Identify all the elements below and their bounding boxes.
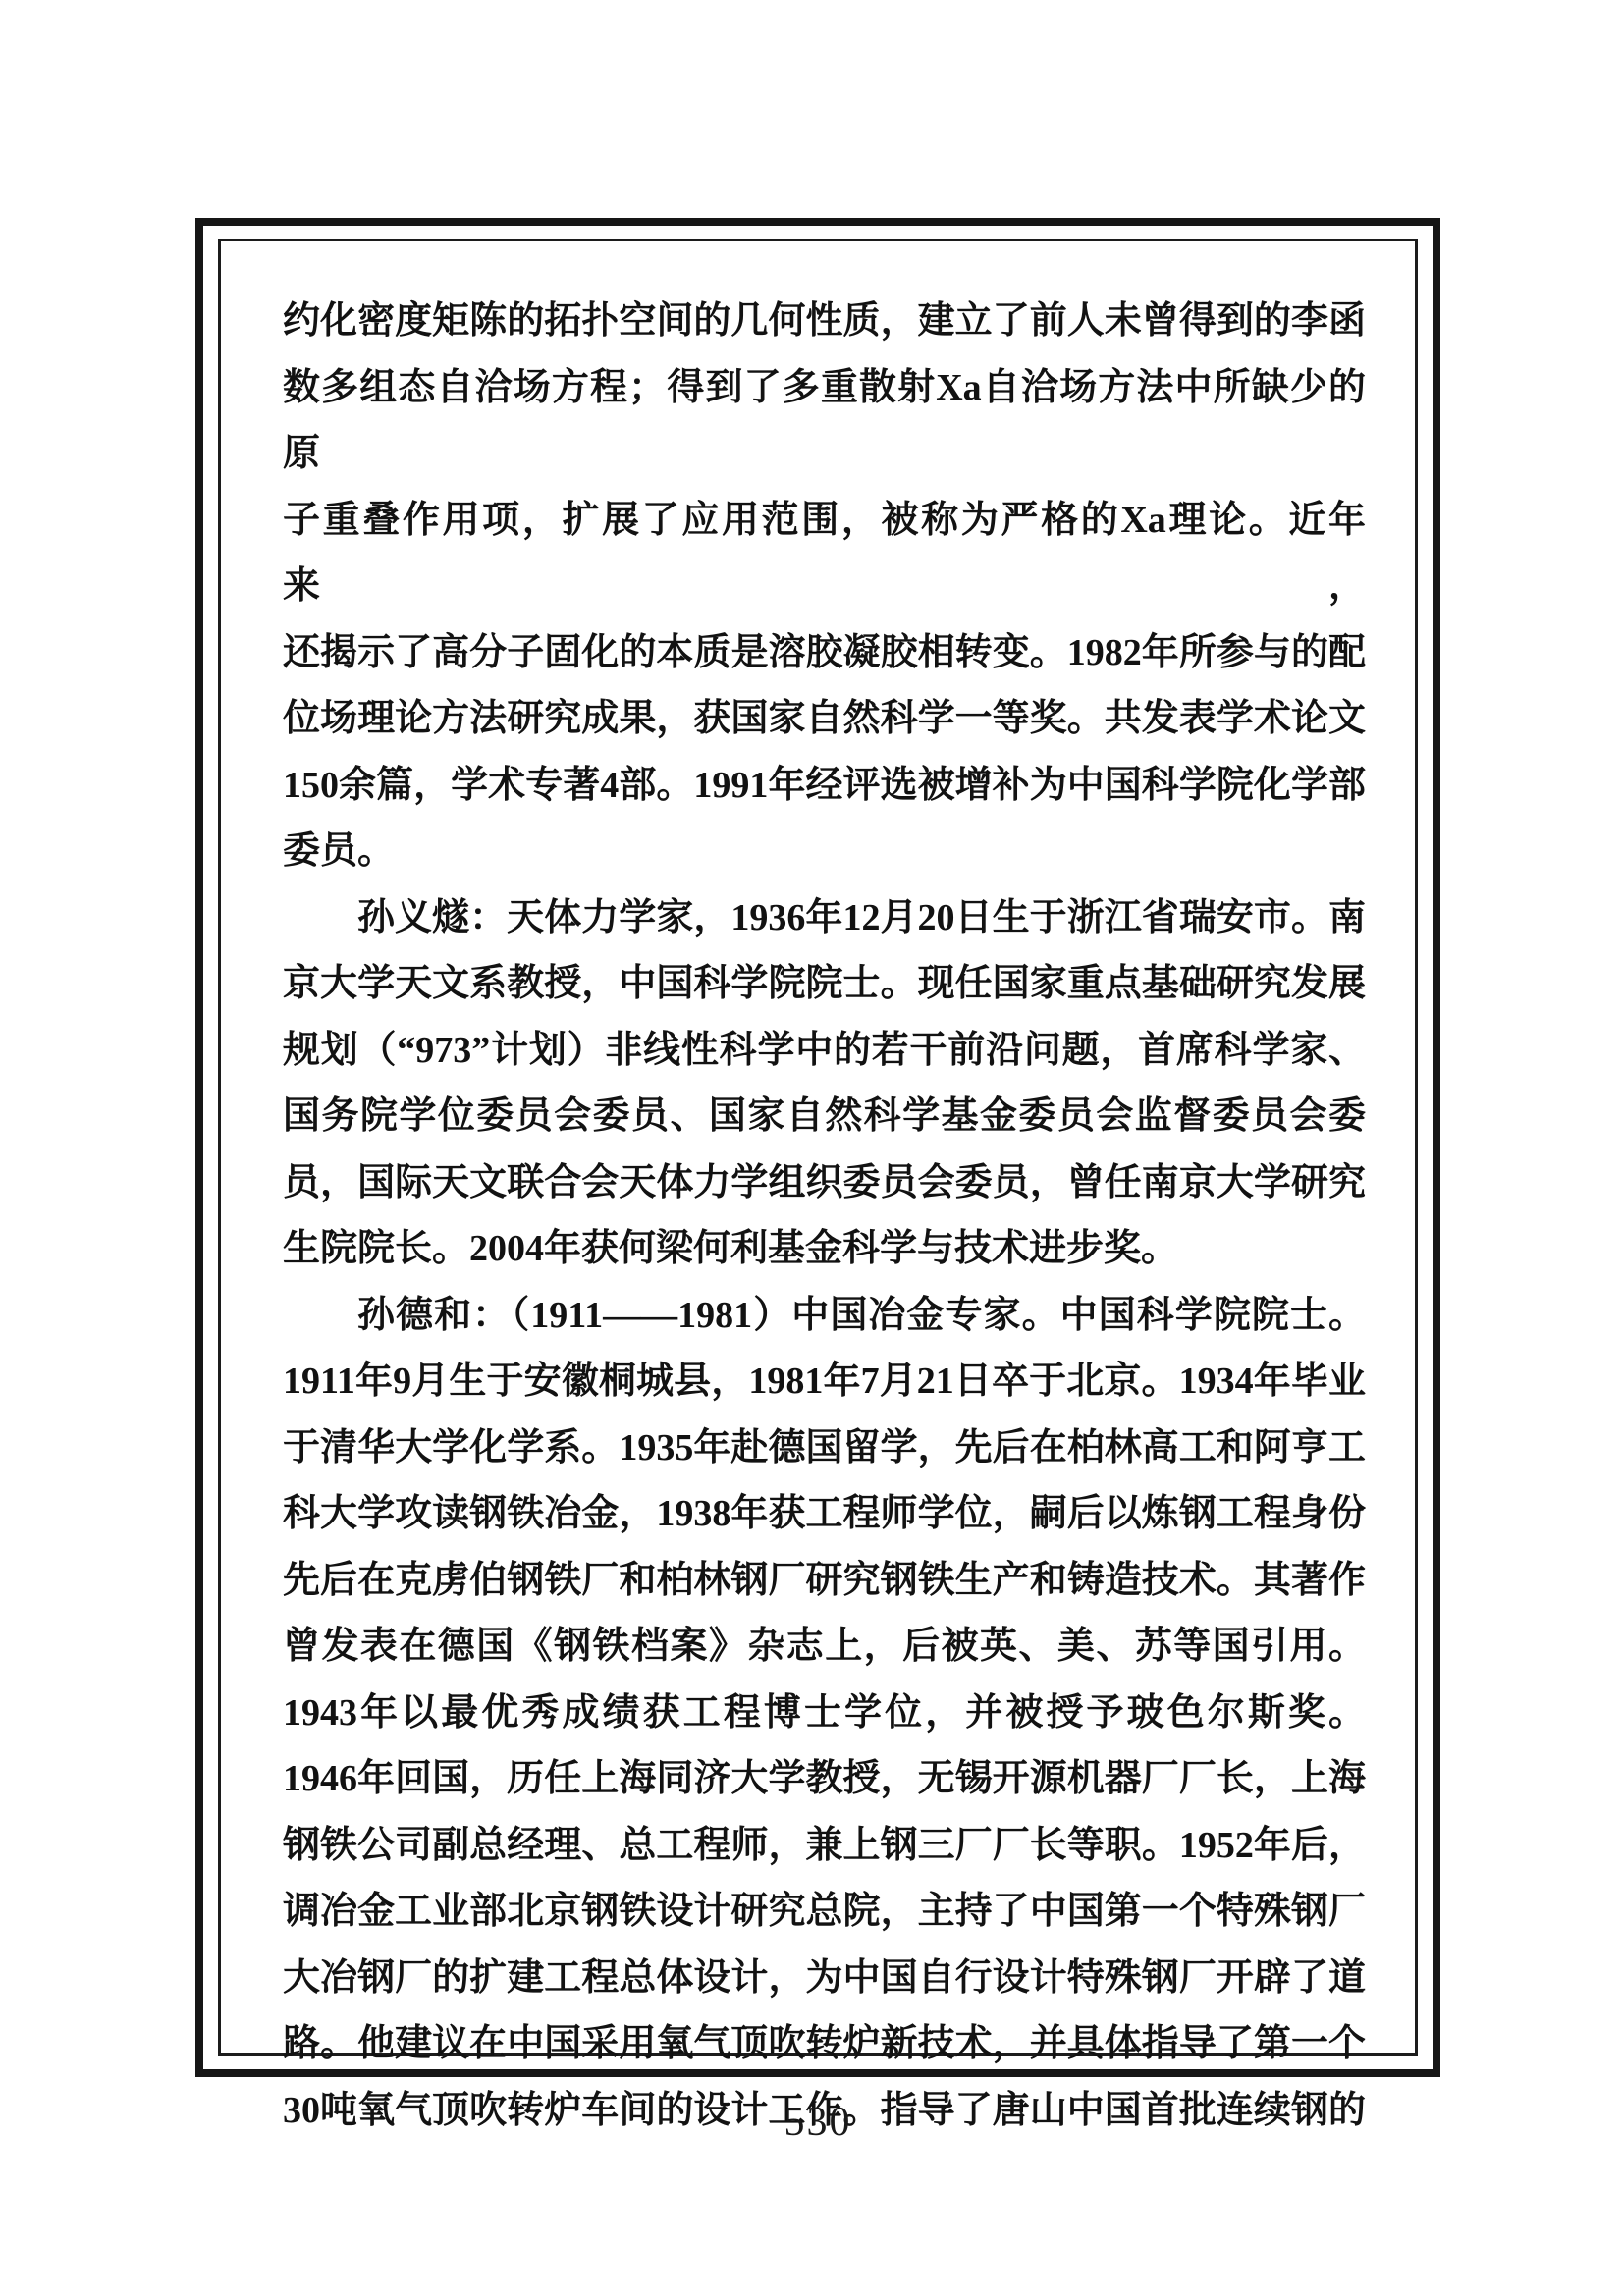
text-line: 钢铁公司副总经理、总工程师，兼上钢三厂厂长等职。1952年后， (283, 1813, 1366, 1880)
text-line: 1911年9月生于安徽桐城县，1981年7月21日卒于北京。1934年毕业 (283, 1349, 1366, 1415)
text-line: 约化密度矩陈的拓扑空间的几何性质，建立了前人未曾得到的李函 (283, 289, 1366, 355)
text-line: 京大学天文系教授，中国科学院院士。现任国家重点基础研究发展 (283, 951, 1366, 1018)
text-line: 国务院学位委员会委员、国家自然科学基金委员会监督委员会委 (283, 1084, 1366, 1150)
text-line: 子重叠作用项，扩展了应用范围，被称为严格的Xa理论。近年来， (283, 488, 1366, 620)
text-line: 委员。 (283, 819, 1366, 885)
text-line: 科大学攻读钢铁冶金，1938年获工程师学位，嗣后以炼钢工程身份 (283, 1481, 1366, 1548)
text-line: 于清华大学化学系。1935年赴德国留学，先后在柏林高工和阿亨工 (283, 1415, 1366, 1482)
text-line: 曾发表在德国《钢铁档案》杂志上，后被英、美、苏等国引用。 (283, 1614, 1366, 1681)
text-block: 约化密度矩陈的拓扑空间的几何性质，建立了前人未曾得到的李函数多组态自洽场方程；得… (283, 289, 1366, 2144)
text-line: 1943年以最优秀成绩获工程博士学位，并被授予玻色尔斯奖。 (283, 1681, 1366, 1747)
text-line: 路。他建议在中国采用氧气顶吹转炉新技术，并具体指导了第一个 (283, 2011, 1366, 2078)
text-line: 生院院长。2004年获何梁何利基金科学与技术进步奖。 (283, 1216, 1366, 1283)
text-line: 孙义燧：天体力学家，1936年12月20日生于浙江省瑞安市。南 (283, 885, 1366, 952)
text-line: 大冶钢厂的扩建工程总体设计，为中国自行设计特殊钢厂开辟了道 (283, 1946, 1366, 2012)
text-line: 员，国际天文联合会天体力学组织委员会委员，曾任南京大学研究 (283, 1150, 1366, 1217)
text-line: 150余篇，学术专著4部。1991年经评选被增补为中国科学院化学部 (283, 753, 1366, 820)
text-line: 先后在克虏伯钢铁厂和柏林钢厂研究钢铁生产和铸造技术。其著作 (283, 1548, 1366, 1615)
text-line: 规划（“973”计划）非线性科学中的若干前沿问题，首席科学家、 (283, 1018, 1366, 1085)
text-line: 孙德和：（1911——1981）中国冶金专家。中国科学院院士。 (283, 1283, 1366, 1350)
text-line: 1946年回国，历任上海同济大学教授，无锡开源机器厂厂长，上海 (283, 1746, 1366, 1813)
text-line: 位场理论方法研究成果，获国家自然科学一等奖。共发表学术论文 (283, 686, 1366, 753)
text-line: 还揭示了高分子固化的本质是溶胶凝胶相转变。1982年所参与的配 (283, 620, 1366, 687)
page-number: 530 (195, 2099, 1440, 2146)
text-line: 调冶金工业部北京钢铁设计研究总院，主持了中国第一个特殊钢厂 (283, 1879, 1366, 1946)
text-line: 数多组态自洽场方程；得到了多重散射Xa自洽场方法中所缺少的原 (283, 355, 1366, 488)
